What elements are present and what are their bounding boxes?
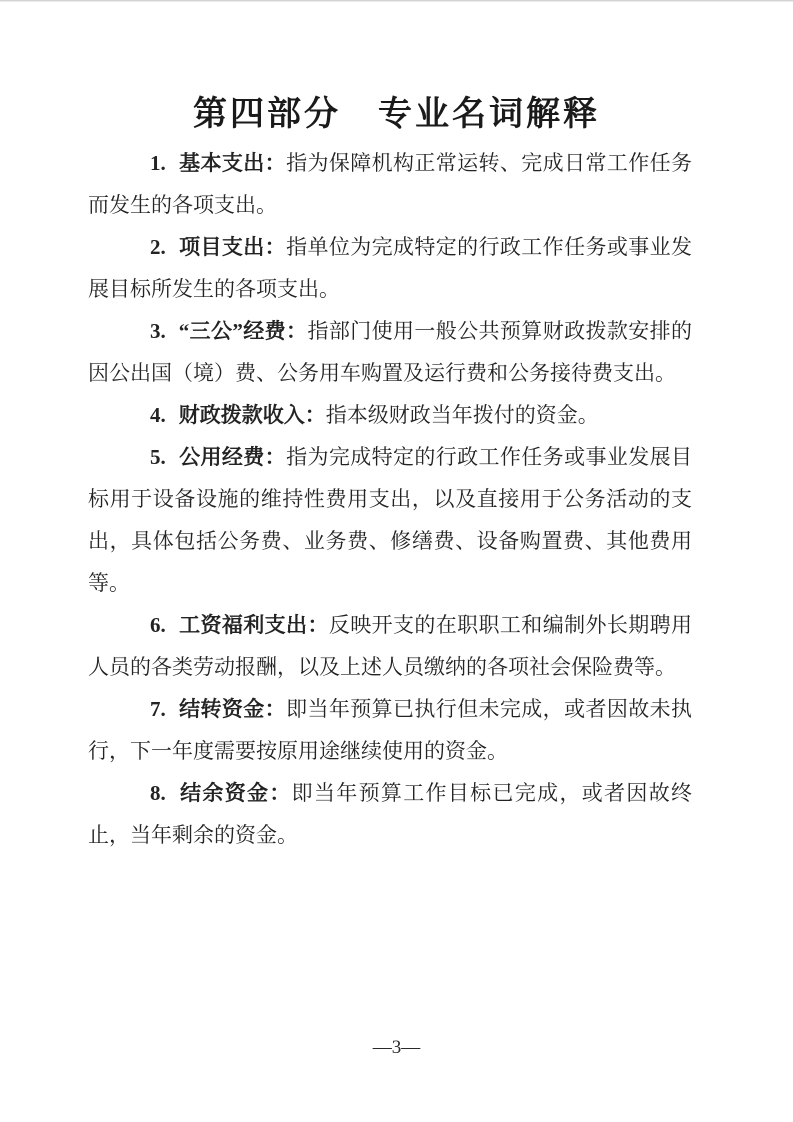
definition-paragraph: 4.财政拨款收入：指本级财政当年拨付的资金。 [88, 394, 692, 436]
definition-term: 结转资金： [179, 697, 286, 721]
definition-number: 7. [150, 697, 166, 721]
document-page: 第四部分 专业名词解释 1.基本支出：指为保障机构正常运转、完成日常工作任务而发… [0, 0, 793, 1122]
definition-number: 3. [150, 319, 166, 343]
definition-term: 基本支出： [179, 151, 286, 175]
definition-paragraph: 6.工资福利支出：反映开支的在职职工和编制外长期聘用人员的各类劳动报酬，以及上述… [88, 604, 692, 688]
definition-body: 指本级财政当年拨付的资金。 [326, 403, 599, 427]
definition-number: 6. [150, 613, 166, 637]
definition-paragraph: 5.公用经费：指为完成特定的行政工作任务或事业发展目标用于设备设施的维持性费用支… [88, 436, 692, 604]
definition-number: 4. [150, 403, 166, 427]
document-title: 第四部分 专业名词解释 [0, 0, 793, 138]
definition-number: 1. [150, 151, 166, 175]
definitions-list: 1.基本支出：指为保障机构正常运转、完成日常工作任务而发生的各项支出。 2.项目… [88, 142, 692, 856]
definition-paragraph: 8.结余资金：即当年预算工作目标已完成，或者因故终止，当年剩余的资金。 [88, 772, 692, 856]
definition-term: 财政拨款收入： [179, 403, 326, 427]
scan-edge-line [0, 0, 793, 2]
definition-term: 工资福利支出： [179, 613, 329, 637]
definition-paragraph: 3.“三公”经费：指部门使用一般公共预算财政拨款安排的因公出国（境）费、公务用车… [88, 310, 692, 394]
definition-term: “三公”经费： [179, 319, 308, 343]
page-number: —3— [0, 1034, 793, 1062]
definition-number: 2. [150, 235, 166, 259]
definition-number: 8. [150, 781, 166, 805]
definition-paragraph: 2.项目支出：指单位为完成特定的行政工作任务或事业发展目标所发生的各项支出。 [88, 226, 692, 310]
definition-number: 5. [150, 445, 166, 469]
definition-term: 公用经费： [179, 445, 286, 469]
definition-term: 结余资金： [179, 781, 292, 805]
definition-paragraph: 1.基本支出：指为保障机构正常运转、完成日常工作任务而发生的各项支出。 [88, 142, 692, 226]
definition-term: 项目支出： [179, 235, 286, 259]
definition-paragraph: 7.结转资金：即当年预算已执行但未完成，或者因故未执行，下一年度需要按原用途继续… [88, 688, 692, 772]
